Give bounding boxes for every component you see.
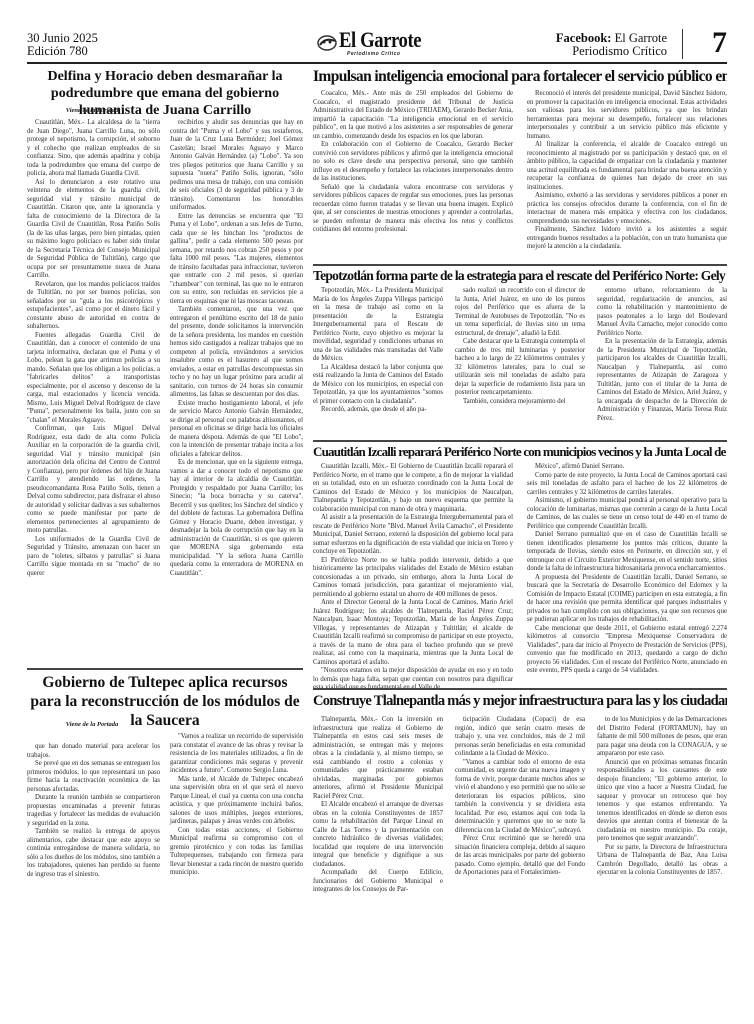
- article-paragraph: que han donado material para acelerar lo…: [27, 743, 160, 760]
- article-paragraph: Fuentes allegadas Guardia Civil de Cuaut…: [27, 332, 160, 426]
- section-rule: [313, 264, 727, 266]
- facebook-info: Facebook: El Garrote Periodismo Crítico: [556, 32, 667, 58]
- article-paragraph: En la presentación de la Estrategia, ade…: [597, 338, 727, 423]
- article-column: Tlalnepantla, Méx.- Con la inversión en …: [313, 716, 443, 992]
- logo: El Garrote Periodismo Crítico: [317, 27, 447, 61]
- article-paragraph: Al asistir a la presentación de la Estra…: [313, 514, 513, 557]
- article-paragraph: Existe mucho hostigamiento laboral, el j…: [170, 400, 303, 460]
- article-paragraph: Cabe mencionar que desde 2011, el Gobier…: [527, 625, 727, 676]
- article-paragraph: Durante la reunión también se compartier…: [27, 794, 160, 828]
- article-paragraph: entorno urbano, reforzamiento de la segu…: [597, 287, 727, 338]
- article-paragraph: El Periférico Norte no se había podido i…: [313, 557, 513, 600]
- article-column: Cuautitlán, Méx.- La alcaldesa de la "ti…: [27, 119, 160, 664]
- masthead: 30 Junio 2025 Edición 780 El Garrote Per…: [27, 27, 727, 63]
- article-paragraph: sado realizó un recorrido con el directo…: [455, 287, 585, 338]
- article-paragraph: Ante el Director General de la Junta Loc…: [313, 599, 513, 667]
- article-paragraph: Más tarde, el Alcalde de Tultepec encabe…: [170, 776, 303, 827]
- article-paragraph: Recordó, además, que desde el año pa-: [313, 406, 443, 415]
- article-paragraph: Cuautitlán, Méx.- La alcaldesa de la "ti…: [27, 119, 160, 179]
- article-paragraph: Los uniformados de la Guardia Civil de S…: [27, 536, 160, 579]
- facebook-sub: Periodismo Crítico: [556, 45, 667, 58]
- article-column: Tepotzotlán, Méx.- La Presidenta Municip…: [313, 287, 443, 439]
- issue-edition: Edición 780: [27, 45, 98, 58]
- article-paragraph: Como parte de este proyecto, la Junta Lo…: [527, 472, 727, 498]
- article-paragraph: to de los Municipios y de las Demarcacio…: [597, 716, 727, 759]
- issue-info: 30 Junio 2025 Edición 780: [27, 32, 98, 58]
- article-column: Coacalco, Méx.- Ante más de 250 empleado…: [313, 90, 513, 254]
- article-paragraph: Revelaron, que los mandos policiacos tra…: [27, 281, 160, 332]
- article-paragraph: El Alcalde encabezó el arranque de diver…: [313, 801, 443, 869]
- section-rule: [313, 440, 727, 442]
- logo-title: El Garrote: [339, 27, 421, 53]
- article-column: to de los Municipios y de las Demarcacio…: [597, 716, 727, 992]
- article-paragraph: recibirlos y aludir sus denuncias que ha…: [170, 119, 303, 213]
- article-tlalnepantla: Construye Tlalnepantla más y mejor infra…: [313, 692, 727, 992]
- facebook-label: Facebook:: [556, 31, 612, 45]
- article-column: Cuautitlán Izcalli, Méx.- El Gobierno de…: [313, 463, 513, 688]
- article-paragraph: Es de mencionar, que en la siguiente ent…: [170, 459, 303, 578]
- article-paragraph: Confirman, que Luis Miguel Delval Rodríg…: [27, 425, 160, 536]
- masthead-rule: [27, 62, 727, 64]
- article-paragraph: A propuesta del Presidente de Cuautitlán…: [527, 574, 727, 625]
- article-column: ticipación Ciudadana (Copaci) de esa reg…: [455, 716, 585, 992]
- article-column: "Vamos a realizar un recorrido de superv…: [170, 733, 303, 1018]
- article-kicker: Viene de la Portada: [27, 721, 157, 728]
- article-paragraph: Cuautitlán Izcalli, Méx.- El Gobierno de…: [313, 463, 513, 514]
- article-paragraph: Entre las denuncias se encuentra que "El…: [170, 213, 303, 307]
- article-headline: Impulsan inteligencia emocional para for…: [313, 68, 727, 86]
- article-column: entorno urbano, reforzamiento de la segu…: [597, 287, 727, 439]
- article-column: sado realizó un recorrido con el directo…: [455, 287, 585, 439]
- article-kicker: Viene de la Portada: [27, 107, 157, 114]
- article-paragraph: Señaló que la ciudadanía valora encontra…: [313, 184, 513, 235]
- article-column: que han donado material para acelerar lo…: [27, 733, 160, 1018]
- article-paragraph: "Vamos a cambiar todo el entorno de esta…: [455, 759, 585, 836]
- article-paragraph: Por su parte, la Directora de Infraestru…: [597, 844, 727, 878]
- article-paragraph: Pérez Cruz recriminó que se heredó una s…: [455, 835, 585, 878]
- article-paragraph: Reconoció el interés del presidente muni…: [527, 90, 727, 141]
- page-number: 7: [712, 27, 727, 59]
- article-column: recibirlos y aludir sus denuncias que ha…: [170, 119, 303, 664]
- article-paragraph: Acompañado del Cuerpo Edilicio, funciona…: [313, 869, 443, 895]
- facebook-name: El Garrote: [615, 31, 667, 45]
- caricature-icon: [317, 33, 339, 58]
- article-paragraph: Con todas estas acciones, el Gobierno Mu…: [170, 827, 303, 878]
- masthead-divider: [682, 29, 683, 59]
- article-paragraph: Se prevé que en dos semanas se entreguen…: [27, 760, 160, 794]
- article-paragraph: Cabe destacar que la Estrategia contempl…: [455, 338, 585, 398]
- article-headline: Construye Tlalnepantla más y mejor infra…: [313, 692, 727, 710]
- article-paragraph: La Alcaldesa destacó la labor conjunta q…: [313, 364, 443, 407]
- article-izcalli: Cuautitlán Izcalli reparará Periférico N…: [313, 443, 727, 688]
- article-paragraph: También, considera mejoramiento del: [455, 398, 585, 407]
- article-paragraph: Finalmente, Sánchez Isidoro invitó a los…: [527, 226, 727, 252]
- article-delfina: Delfina y Horacio deben desmarañar la po…: [27, 68, 303, 668]
- article-paragraph: Anunció que en próximas semanas fincarán…: [597, 759, 727, 844]
- section-rule: [27, 668, 303, 670]
- article-paragraph: Daniel Serrano puntualizó que en el caso…: [527, 531, 727, 574]
- article-paragraph: "Vamos a realizar un recorrido de superv…: [170, 733, 303, 776]
- logo-tagline: Periodismo Crítico: [347, 51, 400, 57]
- article-paragraph: Al finalizar la conferencia, el alcalde …: [527, 141, 727, 192]
- article-paragraph: En colaboración con el Gobierno de Coaca…: [313, 141, 513, 184]
- article-paragraph: Asimismo, el gobierno municipal pondrá a…: [527, 497, 727, 531]
- article-paragraph: Coacalco, Méx.- Ante más de 250 empleado…: [313, 90, 513, 141]
- article-tultepec: Gobierno de Tultepec aplica recursos par…: [27, 673, 303, 1018]
- article-paragraph: También comentaron, que una vez que entr…: [170, 306, 303, 400]
- article-paragraph: "Nosotros estamos en la mejor disposició…: [313, 667, 513, 688]
- article-paragraph: Asimismo, exhortó a las servidoras y ser…: [527, 192, 727, 226]
- article-paragraph: Tlalnepantla, Méx.- Con la inversión en …: [313, 716, 443, 801]
- article-column: México", afirmó Daniel Serrano.Como part…: [527, 463, 727, 688]
- article-paragraph: Tepotzotlán, Méx.- La Presidenta Municip…: [313, 287, 443, 364]
- article-coacalco: Impulsan inteligencia emocional para for…: [313, 68, 727, 254]
- article-paragraph: También se realizó la entrega de apoyos …: [27, 828, 160, 879]
- article-paragraph: Así lo denunciaron a este rotativo una v…: [27, 179, 160, 281]
- article-column: Reconoció el interés del presidente muni…: [527, 90, 727, 254]
- article-headline: Cuautitlán Izcalli reparará Periférico N…: [313, 443, 727, 460]
- section-rule: [313, 688, 727, 690]
- article-headline: Tepotzotlán forma parte de la estrategia…: [313, 267, 727, 284]
- article-tepotzotlan: Tepotzotlán forma parte de la estrategia…: [313, 267, 727, 439]
- article-paragraph: ticipación Ciudadana (Copaci) de esa reg…: [455, 716, 585, 759]
- article-paragraph: México", afirmó Daniel Serrano.: [527, 463, 727, 472]
